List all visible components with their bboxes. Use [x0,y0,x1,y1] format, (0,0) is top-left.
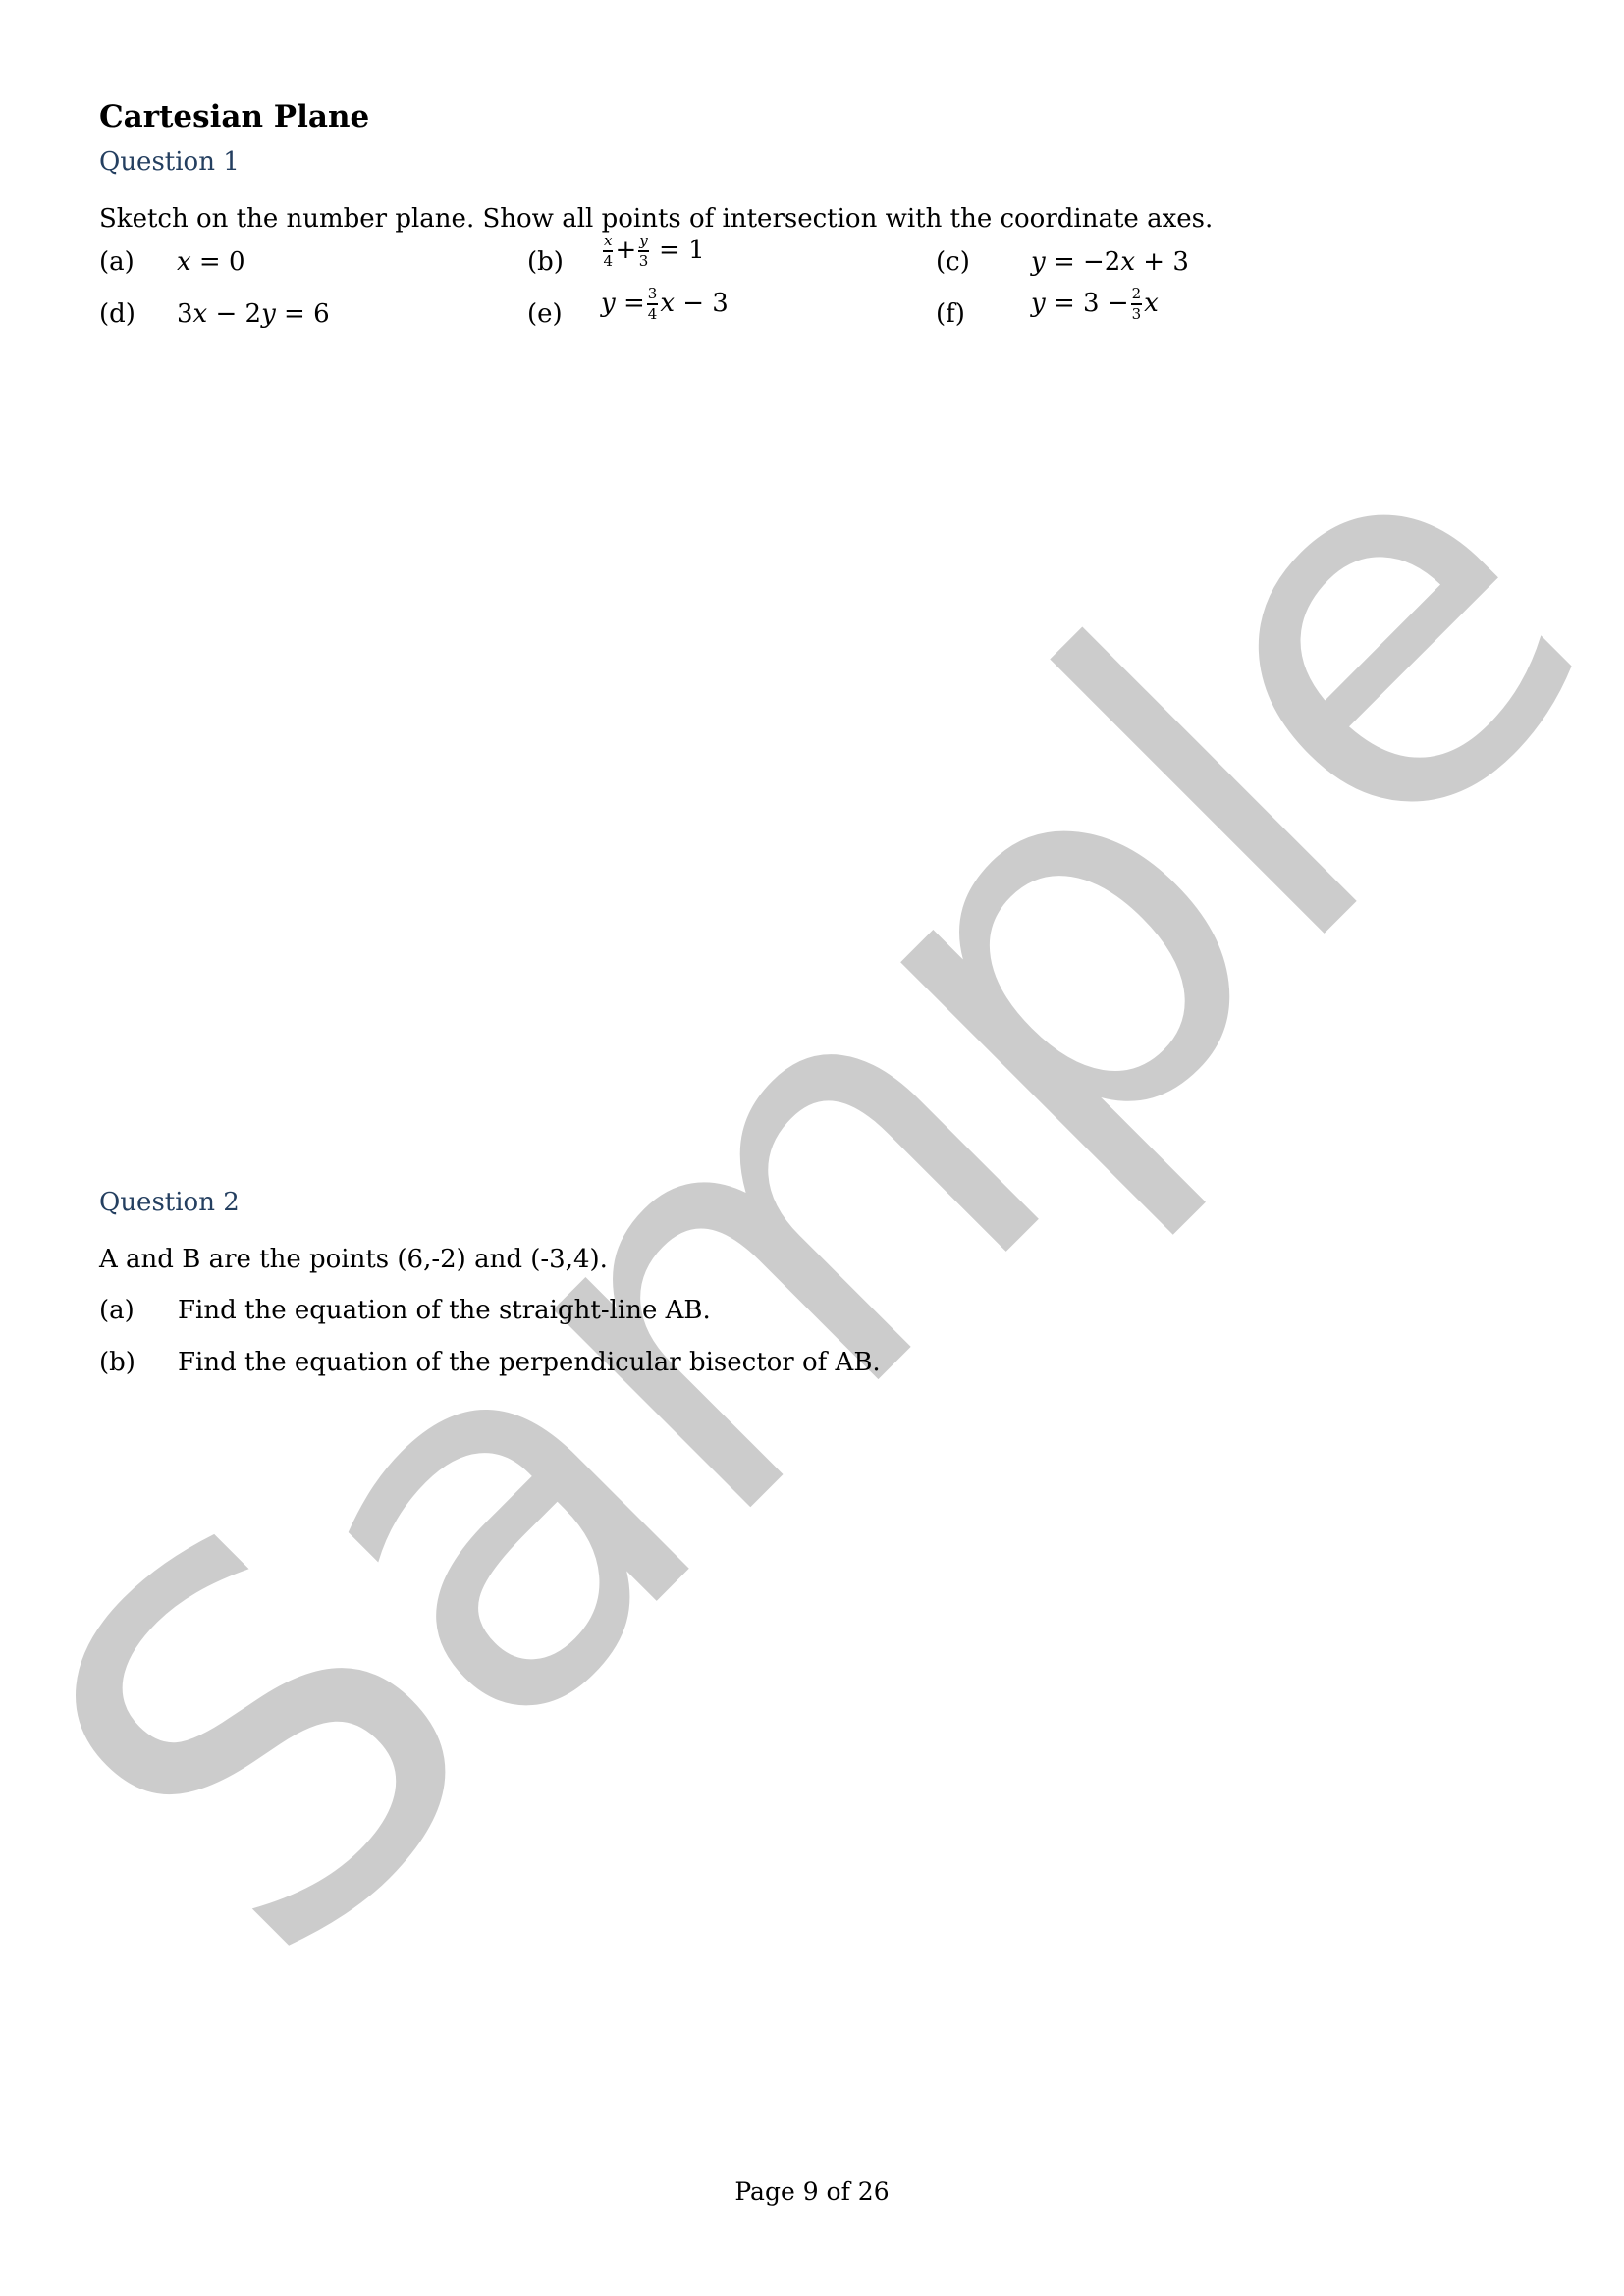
question-1-heading: Question 1 [99,147,240,177]
q1-part-e-equation: y =34x − 3 [601,287,729,322]
q1-part-f-equation: y = 3 −23x [1031,287,1159,322]
q2-part-b-label: (b) [99,1348,135,1377]
question-2-heading: Question 2 [99,1188,240,1217]
page-content: Cartesian Plane Question 1 Sketch on the… [0,0,1624,2296]
page-number-footer: Page 9 of 26 [0,2177,1624,2206]
q1-part-a-equation: x = 0 [177,247,245,277]
q1-part-c-label: (c) [936,247,970,277]
q1-part-a-label: (a) [99,247,135,277]
q1-part-b-equation: x4+y3 = 1 [601,234,705,269]
q1-part-b-label: (b) [527,247,564,277]
q1-part-d-label: (d) [99,299,135,329]
fraction: 23 [1131,287,1143,322]
q2-part-a-label: (a) [99,1296,135,1325]
fraction: y3 [638,234,648,269]
q1-part-d-equation: 3x − 2y = 6 [177,299,330,329]
q1-part-f-label: (f) [936,299,965,329]
fraction: x4 [603,234,613,269]
q1-part-c-equation: y = −2x + 3 [1031,247,1189,277]
q2-part-b-text: Find the equation of the perpendicular b… [178,1348,881,1377]
question-1-instruction: Sketch on the number plane. Show all poi… [99,204,1213,234]
fraction: 34 [647,287,659,322]
document-page: Sample Cartesian Plane Question 1 Sketch… [0,0,1624,2296]
q2-part-a-text: Find the equation of the straight-line A… [178,1296,711,1325]
section-title: Cartesian Plane [99,99,369,134]
question-2-statement: A and B are the points (6,-2) and (-3,4)… [99,1245,608,1274]
q1-part-e-label: (e) [527,299,563,329]
